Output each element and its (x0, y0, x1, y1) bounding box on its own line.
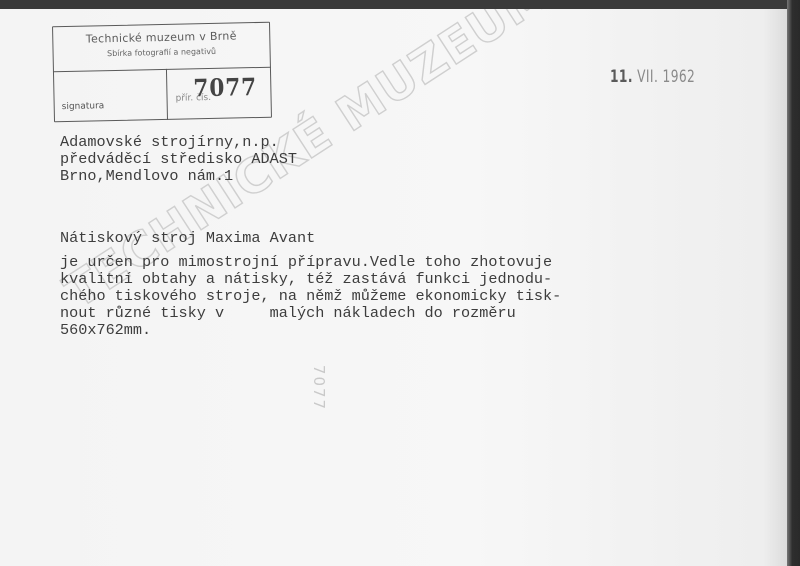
body-line: nout různé tisky v malých nákladech do r… (60, 305, 561, 322)
address-line: Adamovské strojírny,n.p. (60, 134, 297, 151)
body-line: 560x762mm. (60, 322, 561, 339)
date-stamp-month-year: VII. 1962 (637, 67, 695, 87)
description-text: je určen pro mimostrojní přípravu.Vedle … (60, 254, 561, 339)
sender-address: Adamovské strojírny,n.p.předváděcí střed… (60, 134, 297, 185)
scan-edge-shadow (787, 0, 800, 566)
body-line: kvalitní obtahy a nátisky, též zastává f… (60, 271, 561, 288)
body-line: je určen pro mimostrojní přípravu.Vedle … (60, 254, 561, 271)
museum-stamp: Technické muzeum v Brně Sbírka fotografi… (52, 22, 272, 123)
document-heading: Nátiskový stroj Maxima Avant (60, 230, 315, 247)
faint-number-impression: 7077 (310, 365, 328, 411)
stamp-signatura-label: signatura (62, 101, 105, 112)
stamp-accession-number: 7077 (193, 72, 257, 102)
document-paper: TECHNICKÉ MUZEUM V BRNĚ Technické muzeum… (0, 9, 787, 566)
address-line: Brno,Mendlovo nám.1 (60, 168, 297, 185)
body-line: chého tiskového stroje, na němž můžeme e… (60, 288, 561, 305)
address-line: předváděcí středisko ADAST (60, 151, 297, 168)
date-stamp: 11. VII. 1962 (610, 67, 695, 87)
date-stamp-day: 11. (610, 67, 633, 87)
